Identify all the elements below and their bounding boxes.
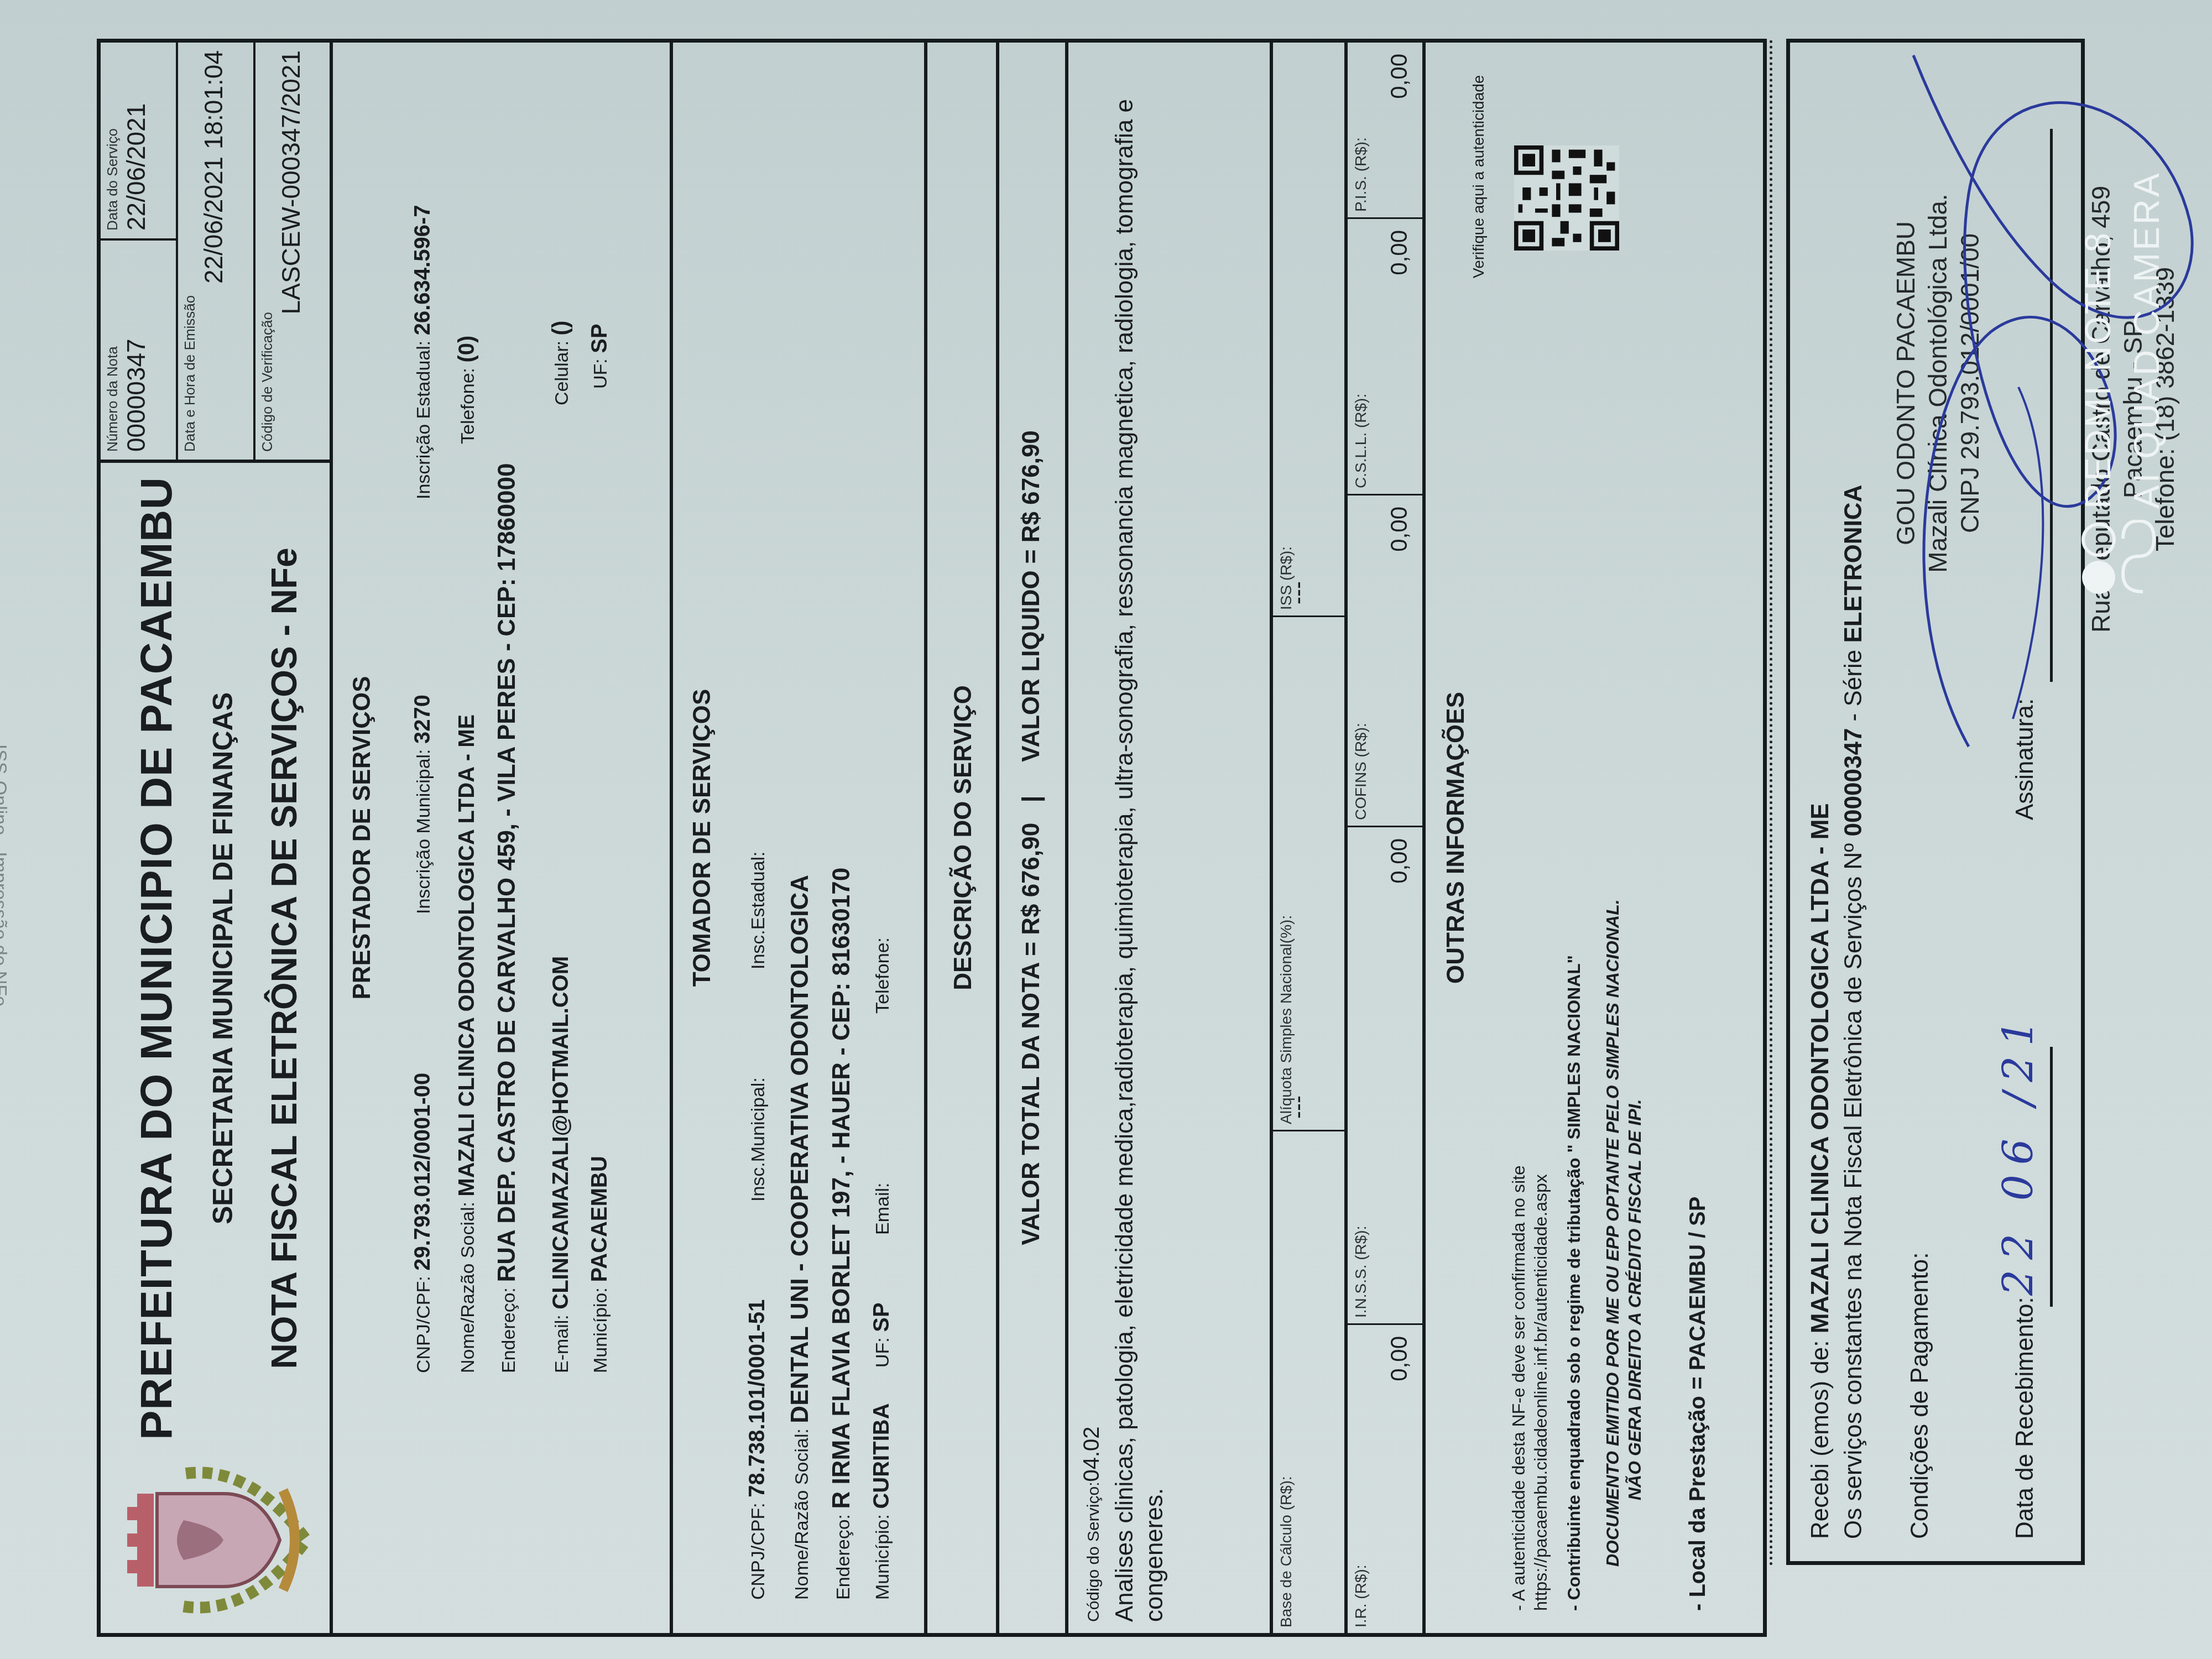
- prestador-block: PRESTADOR DE SERVIÇOS CNPJ/CPF: 29.793.0…: [333, 43, 673, 1633]
- descricao-heading-block: DESCRIÇÃO DO SERVIÇO: [927, 43, 999, 1633]
- numero-label: Número da Nota: [104, 248, 121, 452]
- watermark-line-1: REDMI NOTE 8: [2074, 171, 2122, 509]
- prestador-nome: MAZALI CLINICA ODONTOLOGICA LTDA - ME: [455, 714, 479, 1197]
- numero-value: 00000347: [121, 248, 151, 452]
- serie-prefix: - Série: [1840, 643, 1867, 728]
- cut-line: [1770, 39, 1772, 1565]
- descricao-heading: DESCRIÇÃO DO SERVIÇO: [927, 43, 977, 1633]
- ir-value: 0,00: [1386, 1336, 1412, 1381]
- servicos-numero: 00000347: [1840, 728, 1867, 837]
- tomador-ie-label: Insc.Estadual:: [748, 851, 769, 969]
- valor-liquido: VALOR LIQUIDO = R$ 676,90: [1018, 430, 1045, 761]
- prestador-municipio: PACAEMBU: [587, 1156, 612, 1282]
- tomador-uf: SP: [869, 1302, 894, 1332]
- prestador-endereco: RUA DEP. CASTRO DE CARVALHO 459, - VILA …: [493, 463, 520, 1282]
- outras-informacoes-block: OUTRAS INFORMAÇÕES - A autenticidade des…: [1422, 43, 1771, 1633]
- tomador-uf-label: UF:: [872, 1337, 893, 1368]
- tomador-nome-label: Nome/Razão Social:: [791, 1428, 812, 1600]
- faint-print-header: ISS-Online - Impressão de NFe: [0, 744, 11, 1006]
- tomador-endereco-label: Endereço:: [833, 1514, 854, 1600]
- company-stamp: GOU ODONTO PACAEMBU Mazali Clínica Odont…: [1890, 24, 1986, 743]
- ir-label: I.R. (R$):: [1352, 1564, 1370, 1627]
- tomador-nome: DENTAL UNI - COOPERATIVA ODONTOLOGICA: [786, 875, 813, 1423]
- prestador-nome-label: Nome/Razão Social:: [457, 1202, 478, 1373]
- serie-value: ELETRONICA: [1840, 485, 1867, 643]
- outras-heading: OUTRAS INFORMAÇÕES: [1426, 43, 1470, 1633]
- csll-label: C.S.L.L. (R$):: [1352, 394, 1370, 488]
- aliquota-value: ---: [1285, 1095, 1311, 1119]
- watermark-line-2: AI QUAD CAMERA: [2122, 171, 2171, 509]
- emissao-value: 22/06/2021 18:01:04: [199, 50, 228, 452]
- stamp-line-1: GOU ODONTO PACAEMBU: [1890, 24, 1922, 743]
- stamp-line-2: Mazali Clínica Odontológica Ltda.: [1922, 24, 1954, 743]
- prestador-cnpj: 29.793.012/0001-00: [410, 1073, 435, 1271]
- prestador-im-label: Inscrição Municipal:: [413, 749, 434, 914]
- prefeitura-title: PREFEITURA DO MUNICIPIO DE PACAEMBU: [131, 466, 182, 1451]
- outras-ipi: NÃO GERA DIREITO A CRÉDITO FISCAL DE IPI…: [1625, 1099, 1645, 1500]
- prestador-telefone: (0): [455, 336, 479, 363]
- tomador-municipio: CURITIBA: [869, 1403, 894, 1509]
- nfe-document-title: NOTA FISCAL ELETRÔNICA DE SERVIÇOS - NFe: [264, 466, 305, 1451]
- date-underline: [2050, 1047, 2053, 1307]
- prestador-municipio-label: Município:: [590, 1287, 611, 1373]
- iss-value: ---: [1285, 581, 1311, 604]
- outras-autenticidade: - A autenticidade desta NF-e deve ser co…: [1509, 1165, 1529, 1611]
- prestador-ie-label: Inscrição Estadual:: [413, 341, 434, 499]
- tomador-im-label: Insc.Municipal:: [748, 1077, 769, 1202]
- prestador-telefone-label: Telefone:: [457, 368, 478, 444]
- tomador-municipio-label: Município:: [872, 1514, 893, 1600]
- tomador-email-label: Email:: [872, 1183, 893, 1235]
- prestador-heading: PRESTADOR DE SERVIÇOS: [333, 43, 376, 1633]
- prestador-endereco-label: Endereço:: [498, 1287, 519, 1373]
- camera-brand-icon: [2077, 520, 2171, 597]
- assinatura-label: Assinatura:: [2011, 698, 2039, 820]
- pis-label: P.I.S. (R$):: [1352, 137, 1370, 212]
- inss-value: 0,00: [1386, 838, 1412, 884]
- camera-watermark: REDMI NOTE 8 AI QUAD CAMERA: [2074, 171, 2171, 509]
- inss-label: I.N.S.S. (R$):: [1352, 1226, 1370, 1318]
- emissao-label: Data e Hora de Emissão: [181, 50, 199, 452]
- totals-separator: |: [1018, 796, 1045, 802]
- pis-value: 0,00: [1386, 54, 1412, 99]
- qr-code-icon[interactable]: [1514, 145, 1619, 251]
- nfe-sheet: PREFEITURA DO MUNICIPIO DE PACAEMBU SECR…: [97, 39, 1767, 1637]
- descricao-block: Código do Serviço:04.02 Analises clinica…: [1068, 43, 1273, 1633]
- recebi-nome: MAZALI CLINICA ODONTOLOGICA LTDA - ME: [1807, 803, 1834, 1333]
- tomador-endereco: R IRMA FLAVIA BORLET 197, - HAUER - CEP:…: [828, 868, 855, 1509]
- descricao-texto: Analises clinicas, patologia, eletricida…: [1110, 85, 1170, 1622]
- receipt-block: Recebi (emos) de: MAZALI CLINICA ODONTOL…: [1786, 39, 2085, 1565]
- tomador-cnpj: 78.738.101/0001-51: [745, 1300, 769, 1498]
- prestador-uf-label: UF:: [590, 358, 611, 389]
- servicos-prefix: Os serviços constantes na Nota Fiscal El…: [1840, 836, 1867, 1539]
- stamp-line-3: CNPJ 29.793.012/0001/00: [1954, 24, 1986, 743]
- prestador-email-label: E-mail:: [551, 1314, 572, 1373]
- qr-caption: Verifique aqui a autenticidade: [1470, 75, 1488, 278]
- prestador-cnpj-label: CNPJ/CPF:: [413, 1276, 434, 1373]
- tomador-telefone-label: Telefone:: [872, 937, 893, 1014]
- codigo-servico: 04.02: [1079, 1426, 1104, 1481]
- header-block: PREFEITURA DO MUNICIPIO DE PACAEMBU SECR…: [101, 43, 333, 1633]
- prestador-uf: SP: [587, 324, 612, 353]
- taxes-block: Base de Cálculo (R$): Alíquota Simples N…: [1273, 43, 1422, 1633]
- prestador-email: CLINICAMAZALI@HOTMAIL.COM: [549, 956, 573, 1310]
- data-servico-value: 22/06/2021: [121, 50, 151, 231]
- prestador-celular: (): [549, 321, 573, 336]
- data-recebimento-handwritten: 22 06 /21: [1995, 1010, 2042, 1296]
- valor-total: VALOR TOTAL DA NOTA = R$ 676,90: [1018, 823, 1045, 1245]
- totals-block: VALOR TOTAL DA NOTA = R$ 676,90 | VALOR …: [999, 43, 1068, 1633]
- prestador-celular-label: Celular:: [551, 341, 572, 405]
- codigo-servico-label: Código do Serviço:: [1084, 1482, 1103, 1622]
- cofins-label: COFINS (R$):: [1352, 723, 1370, 820]
- recebi-prefix: Recebi (emos) de:: [1807, 1333, 1834, 1539]
- prestador-ie: 26.634.596-7: [410, 205, 435, 336]
- invoice-photo: ISS-Online - Impressão de NFe PREFEITURA…: [0, 0, 2212, 1659]
- invoice-meta-box: Número da Nota 00000347 Data do Serviço …: [101, 43, 333, 463]
- tomador-block: TOMADOR DE SERVIÇOS CNPJ/CPF: 78.738.101…: [673, 43, 927, 1633]
- data-recebimento-label: Data de Recebimento:: [2011, 1297, 2039, 1539]
- verificacao-value: LASCEW-000347/2021: [276, 50, 306, 452]
- signature-line: [2050, 129, 2053, 682]
- secretaria-subtitle: SECRETARIA MUNICIPAL DE FINANÇAS: [207, 466, 239, 1451]
- aliquota-label: Alíquota Simples Nacional(%):: [1277, 915, 1295, 1124]
- outras-simples: - Contribuinte enquadrado sob o regime d…: [1564, 955, 1584, 1611]
- csll-value: 0,00: [1386, 230, 1412, 275]
- base-calculo-label: Base de Cálculo (R$):: [1277, 1476, 1295, 1627]
- outras-me-epp: DOCUMENTO EMITIDO POR ME OU EPP OPTANTE …: [1603, 899, 1623, 1567]
- data-servico-label: Data do Serviço: [104, 50, 121, 231]
- prestador-im: 3270: [410, 695, 435, 744]
- tomador-heading: TOMADOR DE SERVIÇOS: [673, 43, 716, 1633]
- cofins-value: 0,00: [1386, 507, 1412, 552]
- condicoes-label: Condições de Pagamento:: [1906, 1252, 1934, 1539]
- local-prestacao: - Local da Prestação = PACAEMBU / SP: [1686, 1197, 1710, 1611]
- tomador-cnpj-label: CNPJ/CPF:: [748, 1503, 769, 1600]
- coat-of-arms-icon: [117, 1457, 316, 1623]
- verificacao-label: Código de Verificação: [259, 50, 276, 452]
- autenticidade-url[interactable]: https://pacaembu.cidadeonline.inf.br/aut…: [1531, 1174, 1551, 1611]
